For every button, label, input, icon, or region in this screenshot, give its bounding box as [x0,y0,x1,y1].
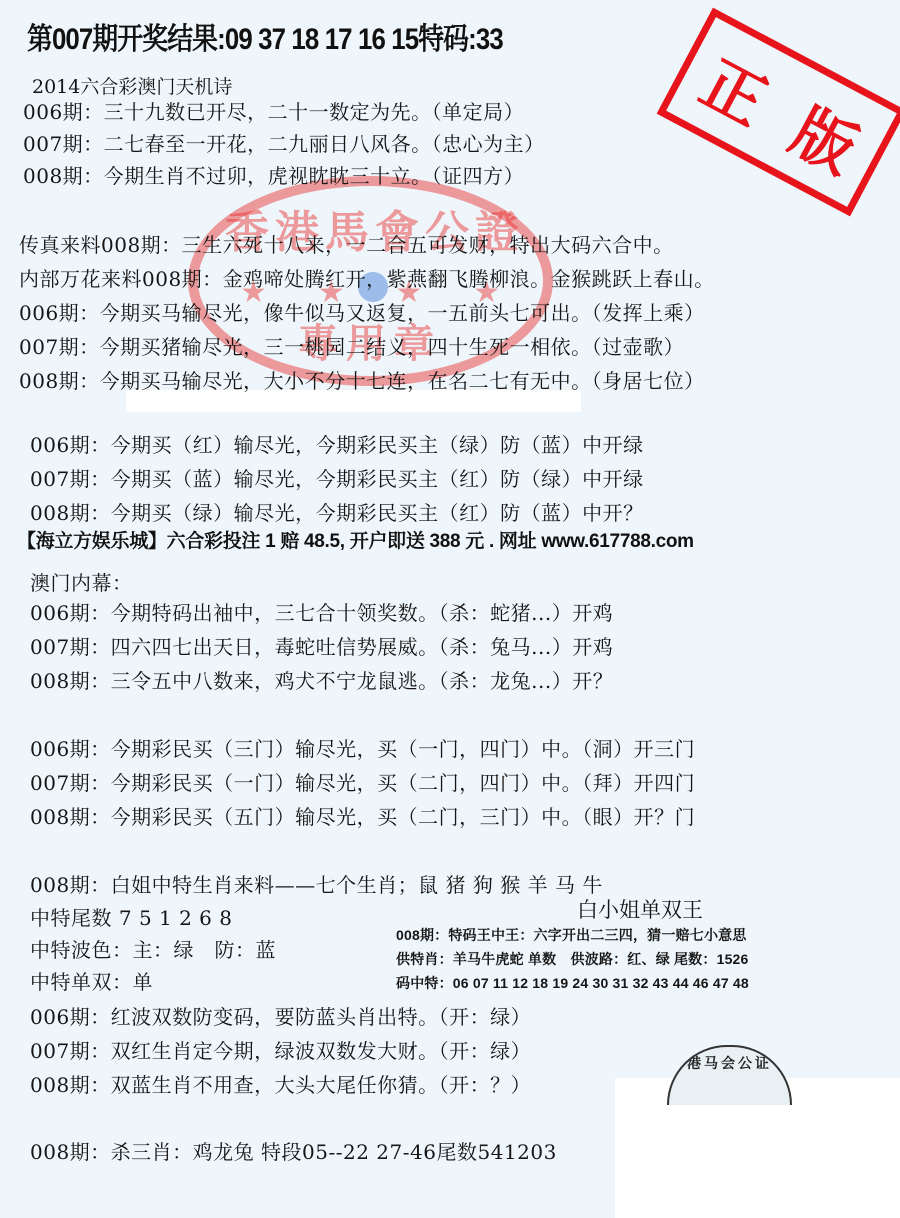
color-line: 008期：今期买（绿）输尽光，今期彩民买主（红）防（蓝）中开？ [30,497,644,526]
fax-line: 006期：今期买马输尽光，像牛似马又返复，一五前头七可出。（发挥上乘） [19,297,705,326]
draw-result-title: 第007期开奖结果:09 37 18 17 16 15特码:33 [27,14,503,58]
macau-line: 008期：三令五中八数来，鸡犬不宁龙鼠逃。（杀：龙兔...）开？ [30,665,613,694]
door-line: 007期：今期彩民买（一门）输尽光，买（二门，四门）中。（拜）开四门 [30,767,695,796]
poem-line: 006期：三十九数已开尽，二十一数定为先。（单定局） [23,96,524,125]
zodiac-line: 008期：白姐中特生肖来料——七个生肖；鼠 猪 狗 猴 羊 马 牛 [30,869,603,898]
bottom-seal: 港马会公证 [667,1045,792,1105]
odd-even: 中特单双：单 [30,966,153,995]
fax-line: 007期：今期买猪输尽光，三一桃园二结义，四十生死一相依。（过壶歌） [19,331,684,360]
wave-line: 006期：红波双数防变码，要防蓝头肖出特。（开：绿） [30,1001,531,1030]
fax-line: 传真来料008期：三生六死十八来，一二合五可发财，特出大码六合中。 [19,229,674,258]
door-line: 006期：今期彩民买（三门）输尽光，买（一门，四门）中。（洞）开三门 [30,733,695,762]
bottom-seal-text: 港马会公证 [669,1053,790,1073]
color-line: 007期：今期买（蓝）输尽光，今期彩民买主（红）防（绿）中开绿 [30,463,644,492]
stamp-char: 正 [688,34,785,142]
box-line: 码中特：06 07 11 12 18 19 24 30 31 32 43 44 … [396,973,749,993]
fax-line: 内部万花来料008期：金鸡啼处腾红开，紫燕翻飞腾柳浪。金猴跳跃上春山。 [19,263,715,292]
stamp-char: 版 [778,82,875,190]
tail-numbers: 中特尾数 7 5 1 2 6 8 [30,902,233,931]
wave-line: 008期：双蓝生肖不用查，大头大尾任你猜。（开：？） [30,1069,531,1098]
macau-line: 006期：今期特码出袖中，三七合十领奖数。（杀：蛇猪...）开鸡 [30,597,613,626]
box-line: 供特肖：羊马牛虎蛇 单数 供波路：红、绿 尾数：1526 [396,949,749,969]
poem-line: 008期：今期生肖不过卯，虎视眈眈三十立。（证四方） [23,160,524,189]
color-line: 006期：今期买（红）输尽光，今期彩民买主（绿）防（蓝）中开绿 [30,429,644,458]
door-line: 008期：今期彩民买（五门）输尽光，买（二门，三门）中。（眼）开？门 [30,801,695,830]
macau-heading: 澳门内幕： [30,567,133,596]
macau-line: 007期：四六四七出天日，毒蛇吐信势展威。（杀：兔马...）开鸡 [30,631,613,660]
poem-heading: 2014六合彩澳门天机诗 [32,72,232,99]
ad-banner-link[interactable]: 【海立方娱乐城】六合彩投注 1 赔 48.5, 开户即送 388 元 . 网址 … [17,526,694,553]
kill-line: 008期：杀三肖：鸡龙兔 特段05--22 27-46尾数541203 [30,1136,557,1165]
box-line: 008期：特码王中王：六字开出二三四，猜一赔七小意思 [396,925,747,945]
wave-color: 中特波色：主：绿 防：蓝 [30,934,276,963]
wave-line: 007期：双红生肖定今期，绿波双数发大财。（开：绿） [30,1035,531,1064]
authentic-stamp: 正 版 [657,8,900,217]
box-title: 白小姐单双王 [577,894,703,924]
poem-line: 007期：二七春至一开花，二九丽日八风各。（忠心为主） [23,128,545,157]
fax-line: 008期：今期买马输尽光，大小不分十七连，在名二七有无中。（身居七位） [19,365,705,394]
